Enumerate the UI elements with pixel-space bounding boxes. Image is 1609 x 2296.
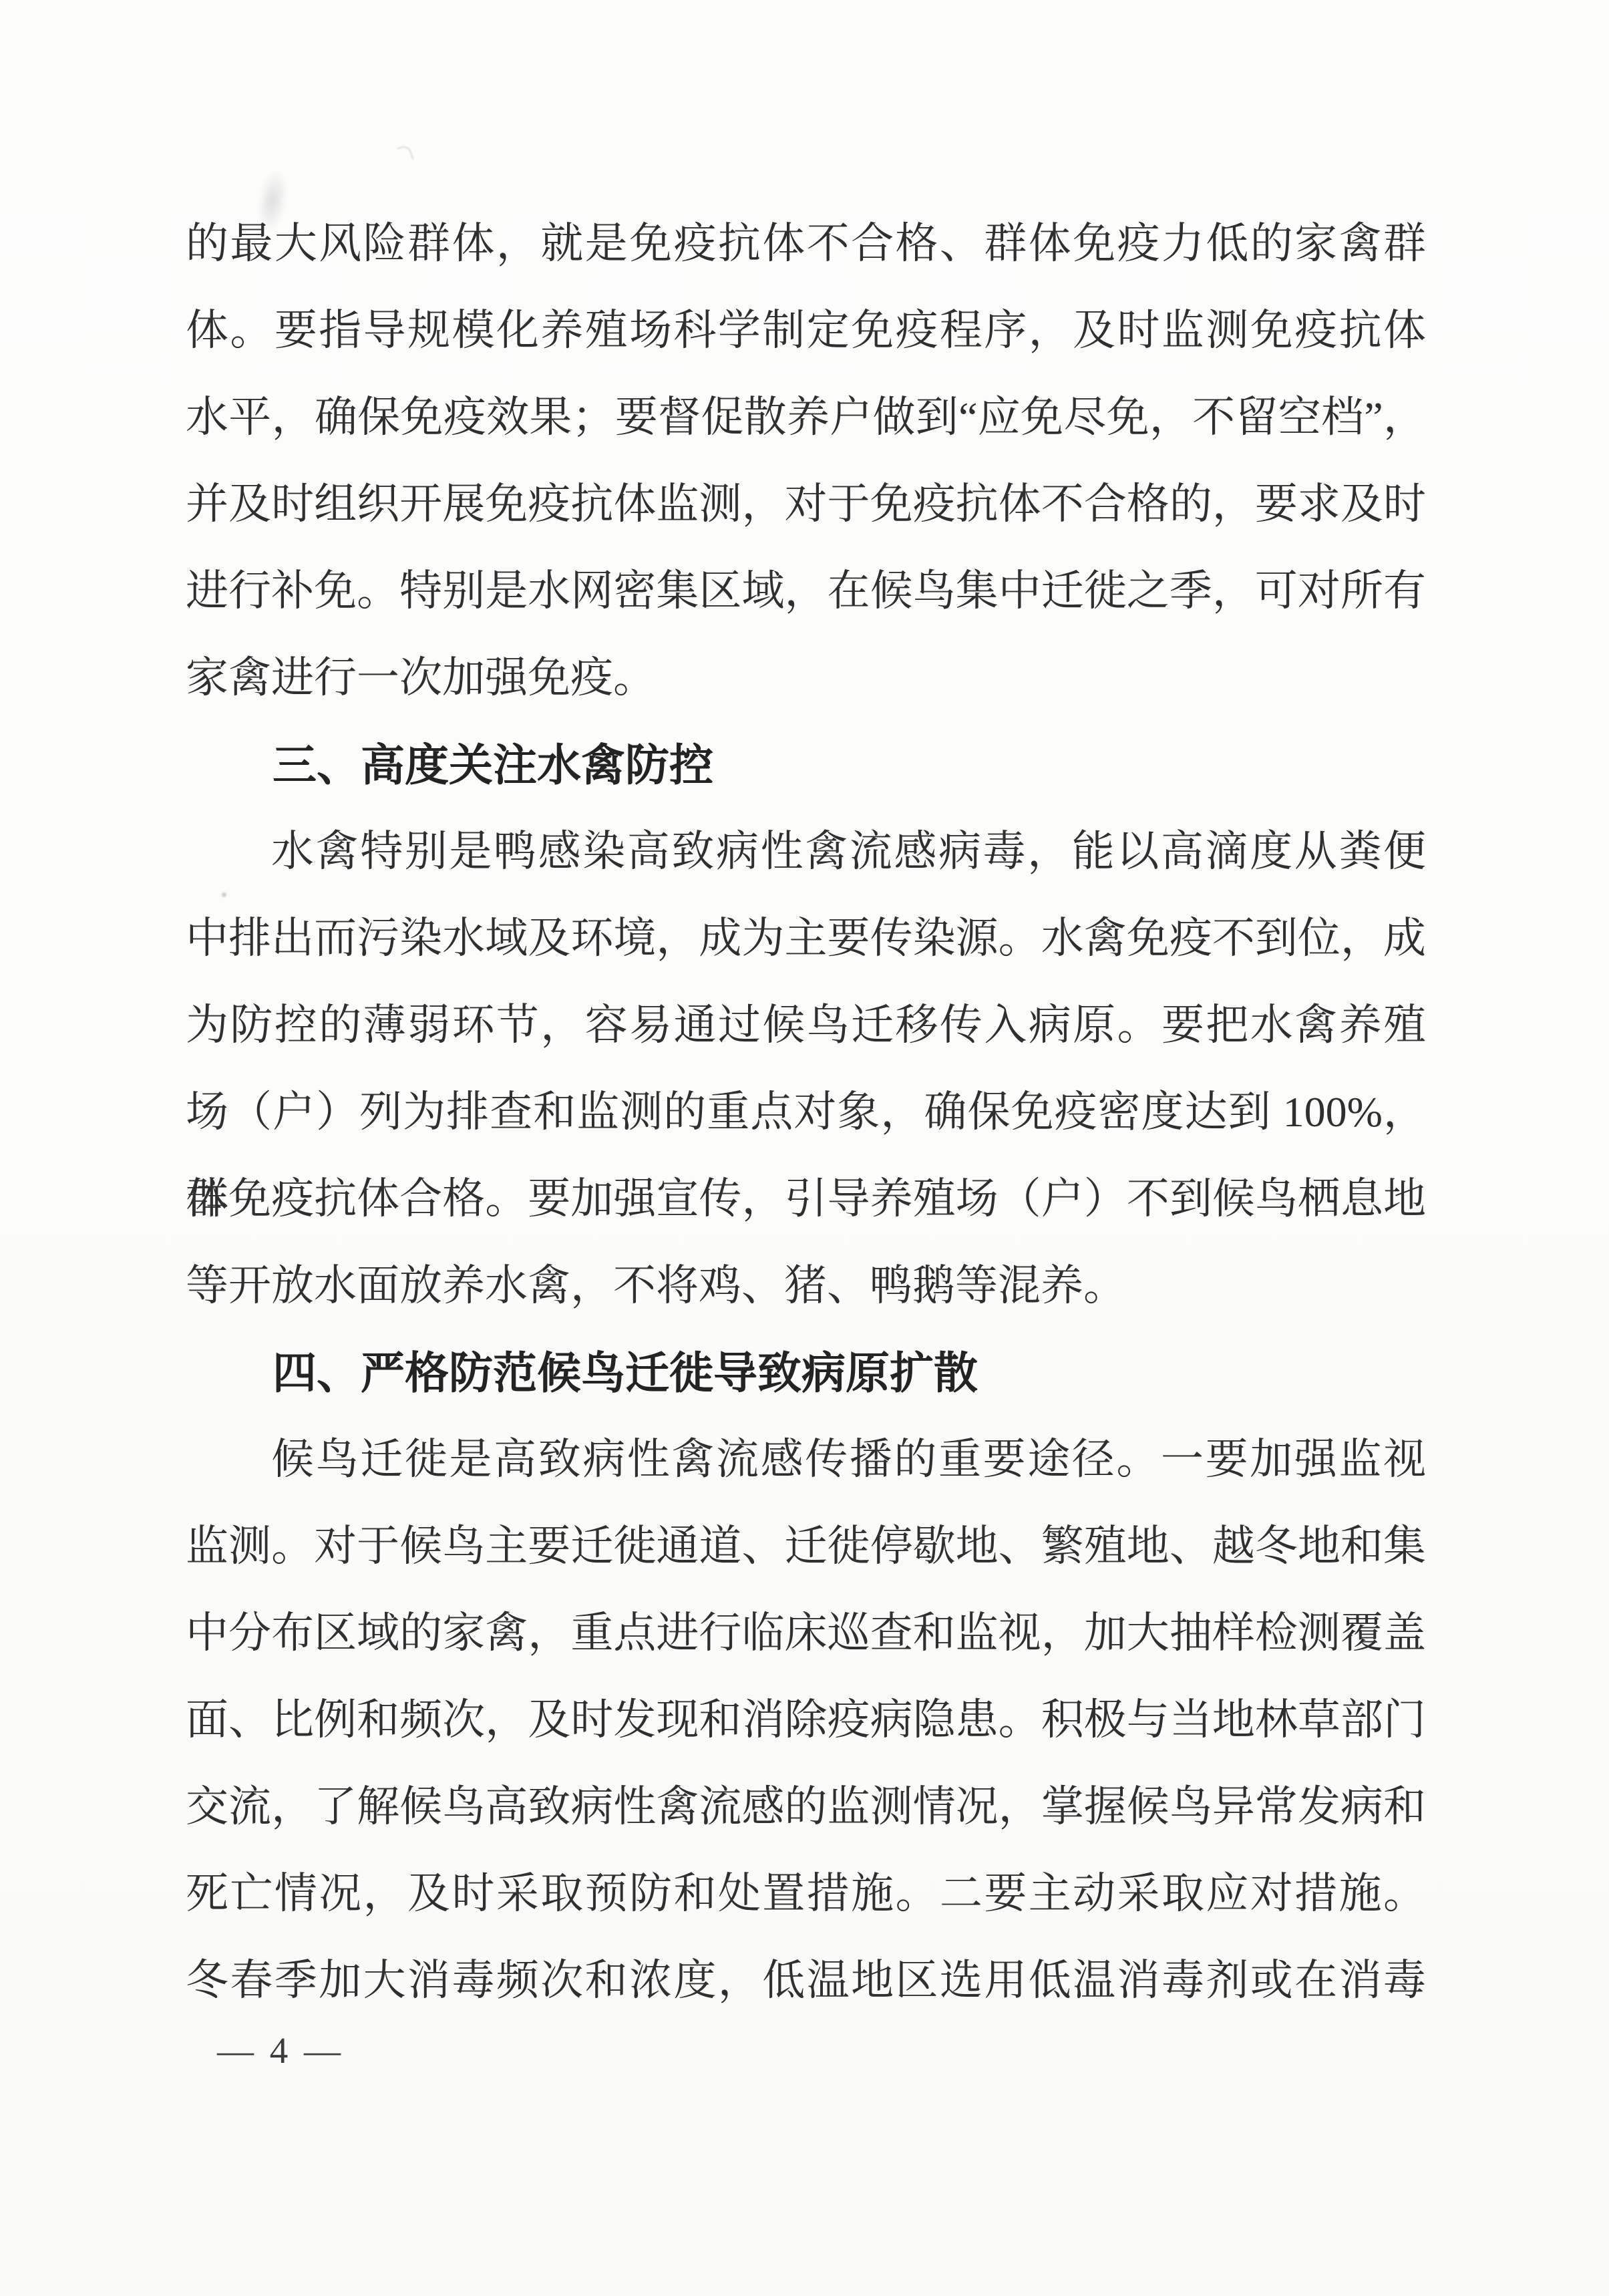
text-line-09: 中排出而污染水域及环境，成为主要传染源。水禽免疫不到位，成 (186, 895, 1426, 982)
text-line-11: 场（户）列为排查和监测的重点对象，确保免疫密度达到 100%，群 (186, 1069, 1426, 1156)
text-line-03: 水平，确保免疫效果；要督促散养户做到“应免尽免，不留空档”， (186, 374, 1426, 461)
text-line-16: 监测。对于候鸟主要迁徙通道、迁徙停歇地、繁殖地、越冬地和集 (186, 1503, 1426, 1590)
text-line-05: 进行补免。特别是水网密集区域，在候鸟集中迁徙之季，可对所有 (186, 548, 1426, 635)
text-line-06: 家禽进行一次加强免疫。 (186, 635, 1426, 721)
text-line-21: 冬春季加大消毒频次和浓度，低温地区选用低温消毒剂或在消毒 (186, 1937, 1426, 2024)
text-line-02: 体。要指导规模化养殖场科学制定免疫程序，及时监测免疫抗体 (186, 287, 1426, 374)
document-text-block: 的最大风险群体，就是免疫抗体不合格、群体免疫力低的家禽群 体。要指导规模化养殖场… (186, 200, 1426, 2024)
page-number: — 4 — (217, 2029, 344, 2072)
document-page: 的最大风险群体，就是免疫抗体不合格、群体免疫力低的家禽群 体。要指导规模化养殖场… (0, 0, 1609, 2296)
text-line-17: 中分布区域的家禽，重点进行临床巡查和监视，加大抽样检测覆盖 (186, 1590, 1426, 1677)
text-line-13: 等开放水面放养水禽，不将鸡、猪、鸭鹅等混养。 (186, 1243, 1426, 1329)
scan-squiggle-artifact (397, 144, 413, 164)
text-line-12: 体免疫抗体合格。要加强宣传，引导养殖场（户）不到候鸟栖息地 (186, 1156, 1426, 1243)
text-line-15: 候鸟迁徙是高致病性禽流感传播的重要途径。一要加强监视 (186, 1416, 1426, 1503)
text-line-10: 为防控的薄弱环节，容易通过候鸟迁移传入病原。要把水禽养殖 (186, 982, 1426, 1069)
section-heading-three: 三、高度关注水禽防控 (186, 721, 1426, 808)
section-heading-four: 四、严格防范候鸟迁徙导致病原扩散 (186, 1329, 1426, 1416)
text-line-08: 水禽特别是鸭感染高致病性禽流感病毒，能以高滴度从粪便 (186, 808, 1426, 895)
text-line-19: 交流，了解候鸟高致病性禽流感的监测情况，掌握候鸟异常发病和 (186, 1764, 1426, 1850)
text-line-18: 面、比例和频次，及时发现和消除疫病隐患。积极与当地林草部门 (186, 1677, 1426, 1764)
text-line-04: 并及时组织开展免疫抗体监测，对于免疫抗体不合格的，要求及时 (186, 461, 1426, 548)
text-line-01: 的最大风险群体，就是免疫抗体不合格、群体免疫力低的家禽群 (186, 200, 1426, 287)
text-line-20: 死亡情况，及时采取预防和处置措施。二要主动采取应对措施。 (186, 1850, 1426, 1937)
